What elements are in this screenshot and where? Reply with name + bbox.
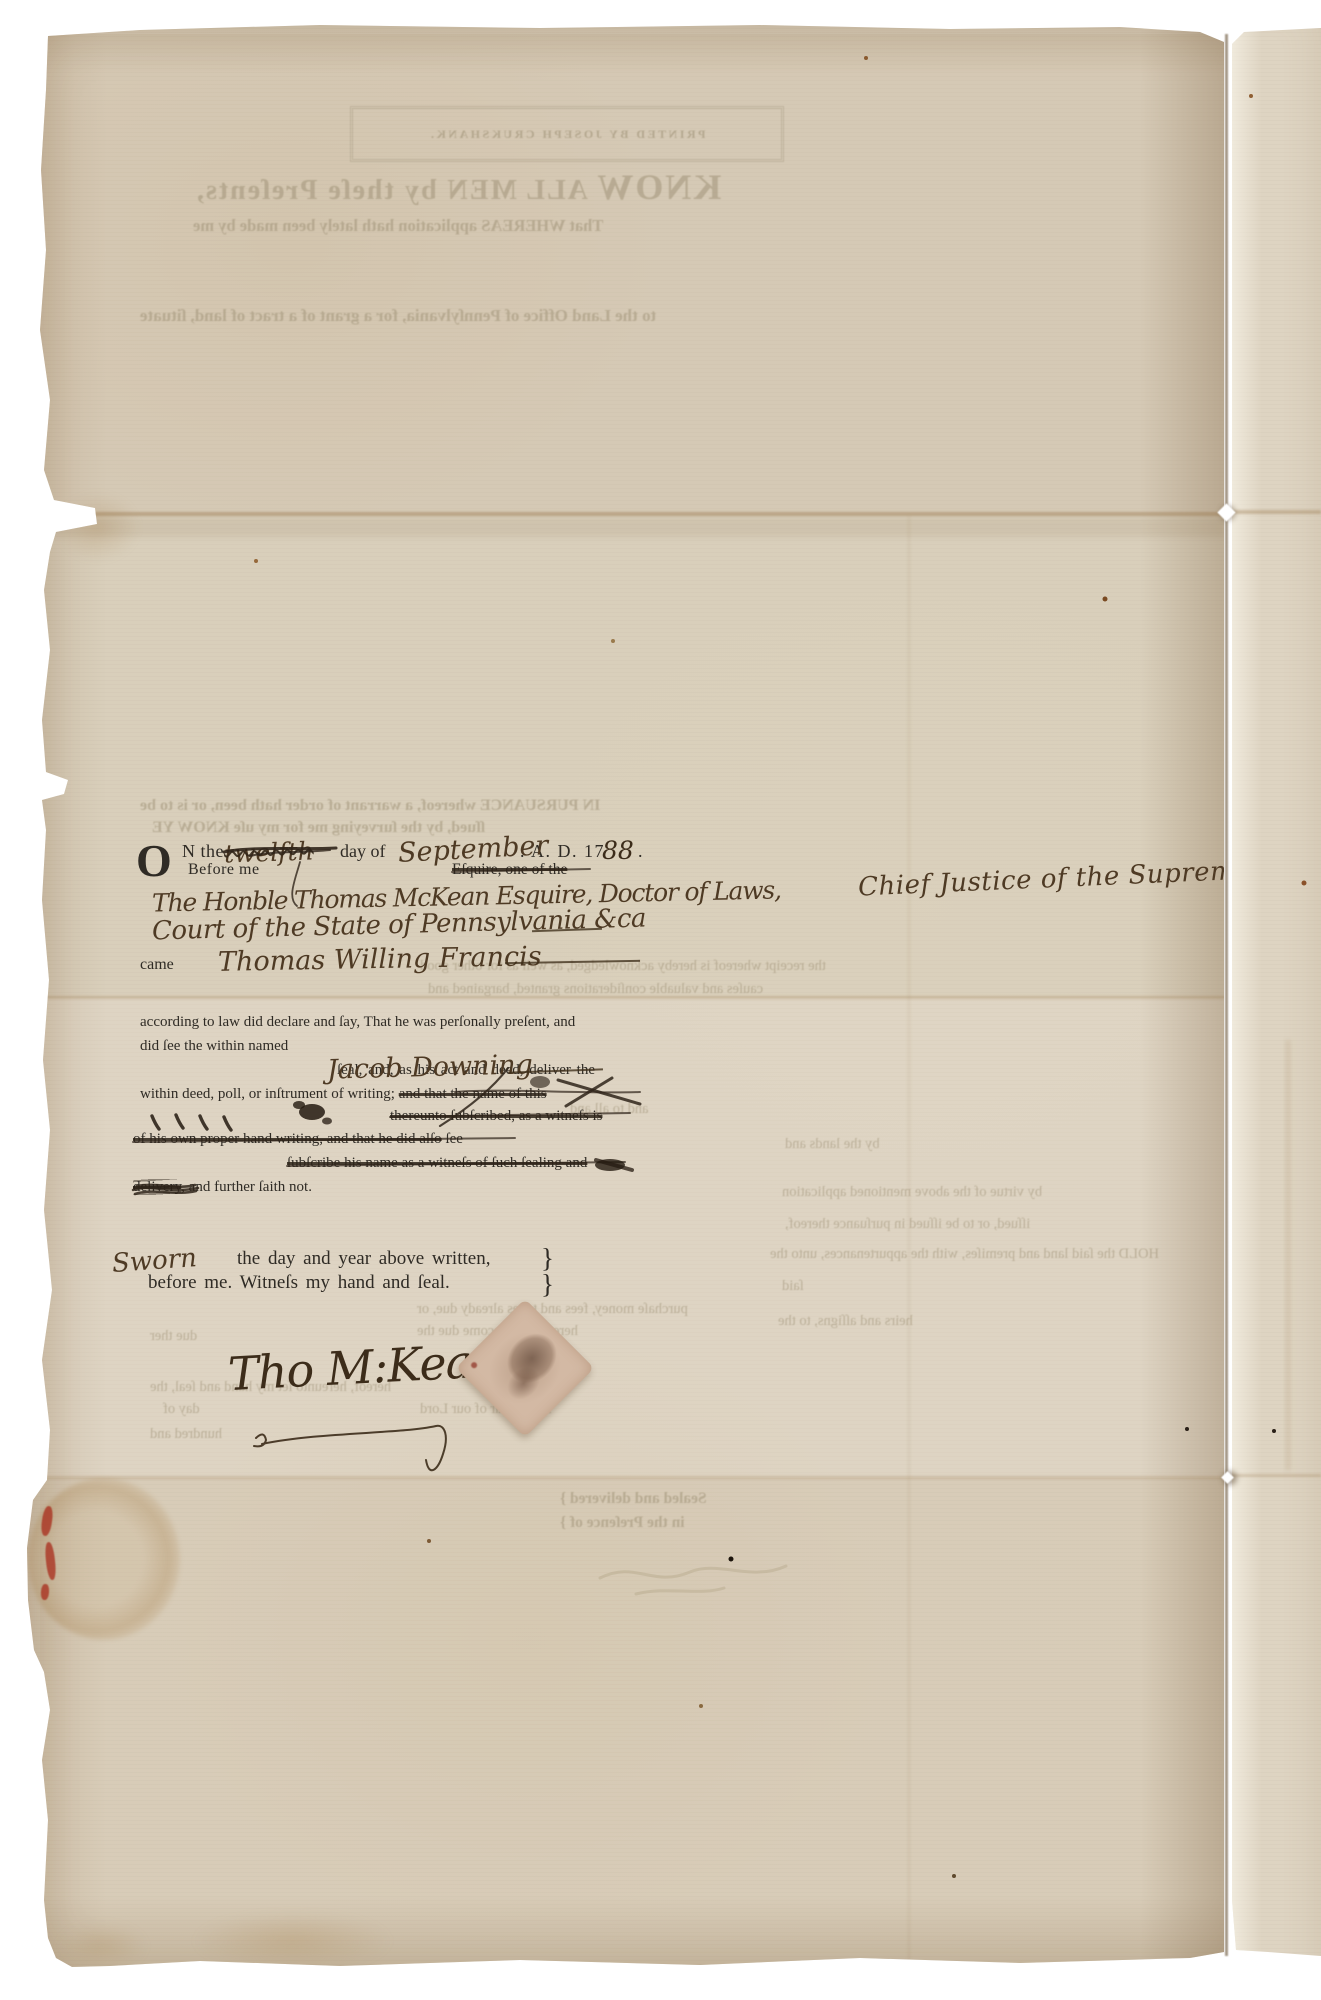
fold-crease (1232, 1474, 1321, 1477)
corner-stain (58, 1923, 146, 1969)
paper-specks (0, 0, 2, 2)
ghost-line: due ther (150, 1328, 197, 1345)
fold-panel-third (40, 998, 1225, 1478)
printed-text: ſee (442, 1131, 463, 1147)
ghost-line: heirs and aſſigns, to the (778, 1313, 913, 1330)
struck-printed-text: thereunto ſubſcribed, as a witneſs is (390, 1108, 602, 1125)
printed-line: before me. Witneſs my hand and ſeal. (148, 1272, 450, 1294)
fold-crease (42, 512, 1225, 516)
struck-printed-text: of his own proper hand writing, and that… (133, 1131, 442, 1147)
ghost-line: in the Preſence of } (560, 1514, 685, 1532)
handwritten-year: 88 (602, 836, 634, 865)
ghost-line: IN PURSUANCE whereof, a warrant of order… (140, 797, 600, 815)
bottom-stain (195, 1913, 390, 1969)
fold-crease-shade (42, 517, 1225, 537)
fold-crease (42, 1476, 1225, 1479)
ghost-line: by virtue of the above mentioned applica… (782, 1184, 1042, 1201)
printed-line: did ſee the within named (140, 1038, 288, 1055)
paper-crease-line (1286, 1040, 1290, 1470)
printed-line: according to law did declare and ſay, Th… (140, 1014, 575, 1031)
printed-line: within deed, poll, or inſtrument of writ… (140, 1086, 547, 1103)
printed-text: , and further ſaith not. (181, 1179, 312, 1195)
fold-crease-vertical (908, 516, 910, 1962)
handwritten-day-word: twelfth (224, 836, 315, 868)
ghost-line: to the Land Office of Pennſylvania, for … (140, 306, 656, 326)
paper-sheet-main: PRINTED BY JOSEPH CRUKSHANK. KNOW ALL ME… (0, 0, 1321, 2000)
printed-line: of his own proper hand writing, and that… (133, 1131, 463, 1148)
struck-printed-text: and that the name of this (399, 1086, 547, 1102)
printed-line: N the (182, 841, 224, 862)
ghost-heading: KNOW ALL MEN by theſe Preſents, (195, 166, 721, 208)
ghost-line: ſaid (782, 1278, 804, 1295)
fold-crease (42, 996, 1225, 999)
printer-imprint-box: PRINTED BY JOSEPH CRUKSHANK. (350, 106, 784, 162)
fold-panel-bottom (40, 1478, 1225, 1966)
printed-line: came (140, 956, 174, 974)
handwritten-sworn: Sworn (111, 1243, 198, 1279)
printed-line: the day and year above written, (237, 1248, 490, 1270)
fold-crease (1232, 510, 1321, 514)
ghost-line: Sealed and delivered } (560, 1490, 707, 1508)
top-edge-shading (30, 24, 1225, 74)
struck-printed-text: ſubſcribe his name as a witneſs of ſuch … (287, 1155, 587, 1172)
ghost-line: That WHEREAS application hath lately bee… (193, 216, 603, 236)
ghost-line: ſſued, by the ſurveying me for my uſe KN… (152, 819, 485, 837)
ghost-line: hundred and (150, 1426, 222, 1443)
handwritten-grantor-name: Jacob Downing (327, 1049, 534, 1085)
printed-line: day of (340, 841, 385, 862)
document-photo: PRINTED BY JOSEPH CRUKSHANK. KNOW ALL ME… (0, 0, 1321, 2000)
scribbled-word: delivery (133, 1179, 181, 1195)
printed-text: within deed, poll, or inſtrument of writ… (140, 1086, 399, 1102)
ghost-line: HOLD the ſaid land and premiſes, with th… (770, 1246, 1159, 1263)
spine-crease (1225, 34, 1228, 1956)
ghost-line: by the lands and (785, 1136, 880, 1153)
printer-imprint: PRINTED BY JOSEPH CRUKSHANK. (429, 127, 706, 142)
handwritten-deponent-name: Thomas Willing Francis (218, 941, 542, 978)
drop-cap: O (136, 834, 172, 887)
printed-line: delivery, and further ſaith not. (133, 1179, 312, 1196)
seal-wax-dot (470, 1361, 478, 1369)
printed-period: . (638, 841, 643, 862)
ghost-line: day of (163, 1401, 200, 1418)
deckle-edge-shading (27, 30, 107, 1968)
spine-edge-shading (1140, 30, 1225, 1958)
brace: } (541, 1269, 554, 1300)
ghost-line: purchaſe money, fees and taxes already d… (417, 1301, 688, 1318)
